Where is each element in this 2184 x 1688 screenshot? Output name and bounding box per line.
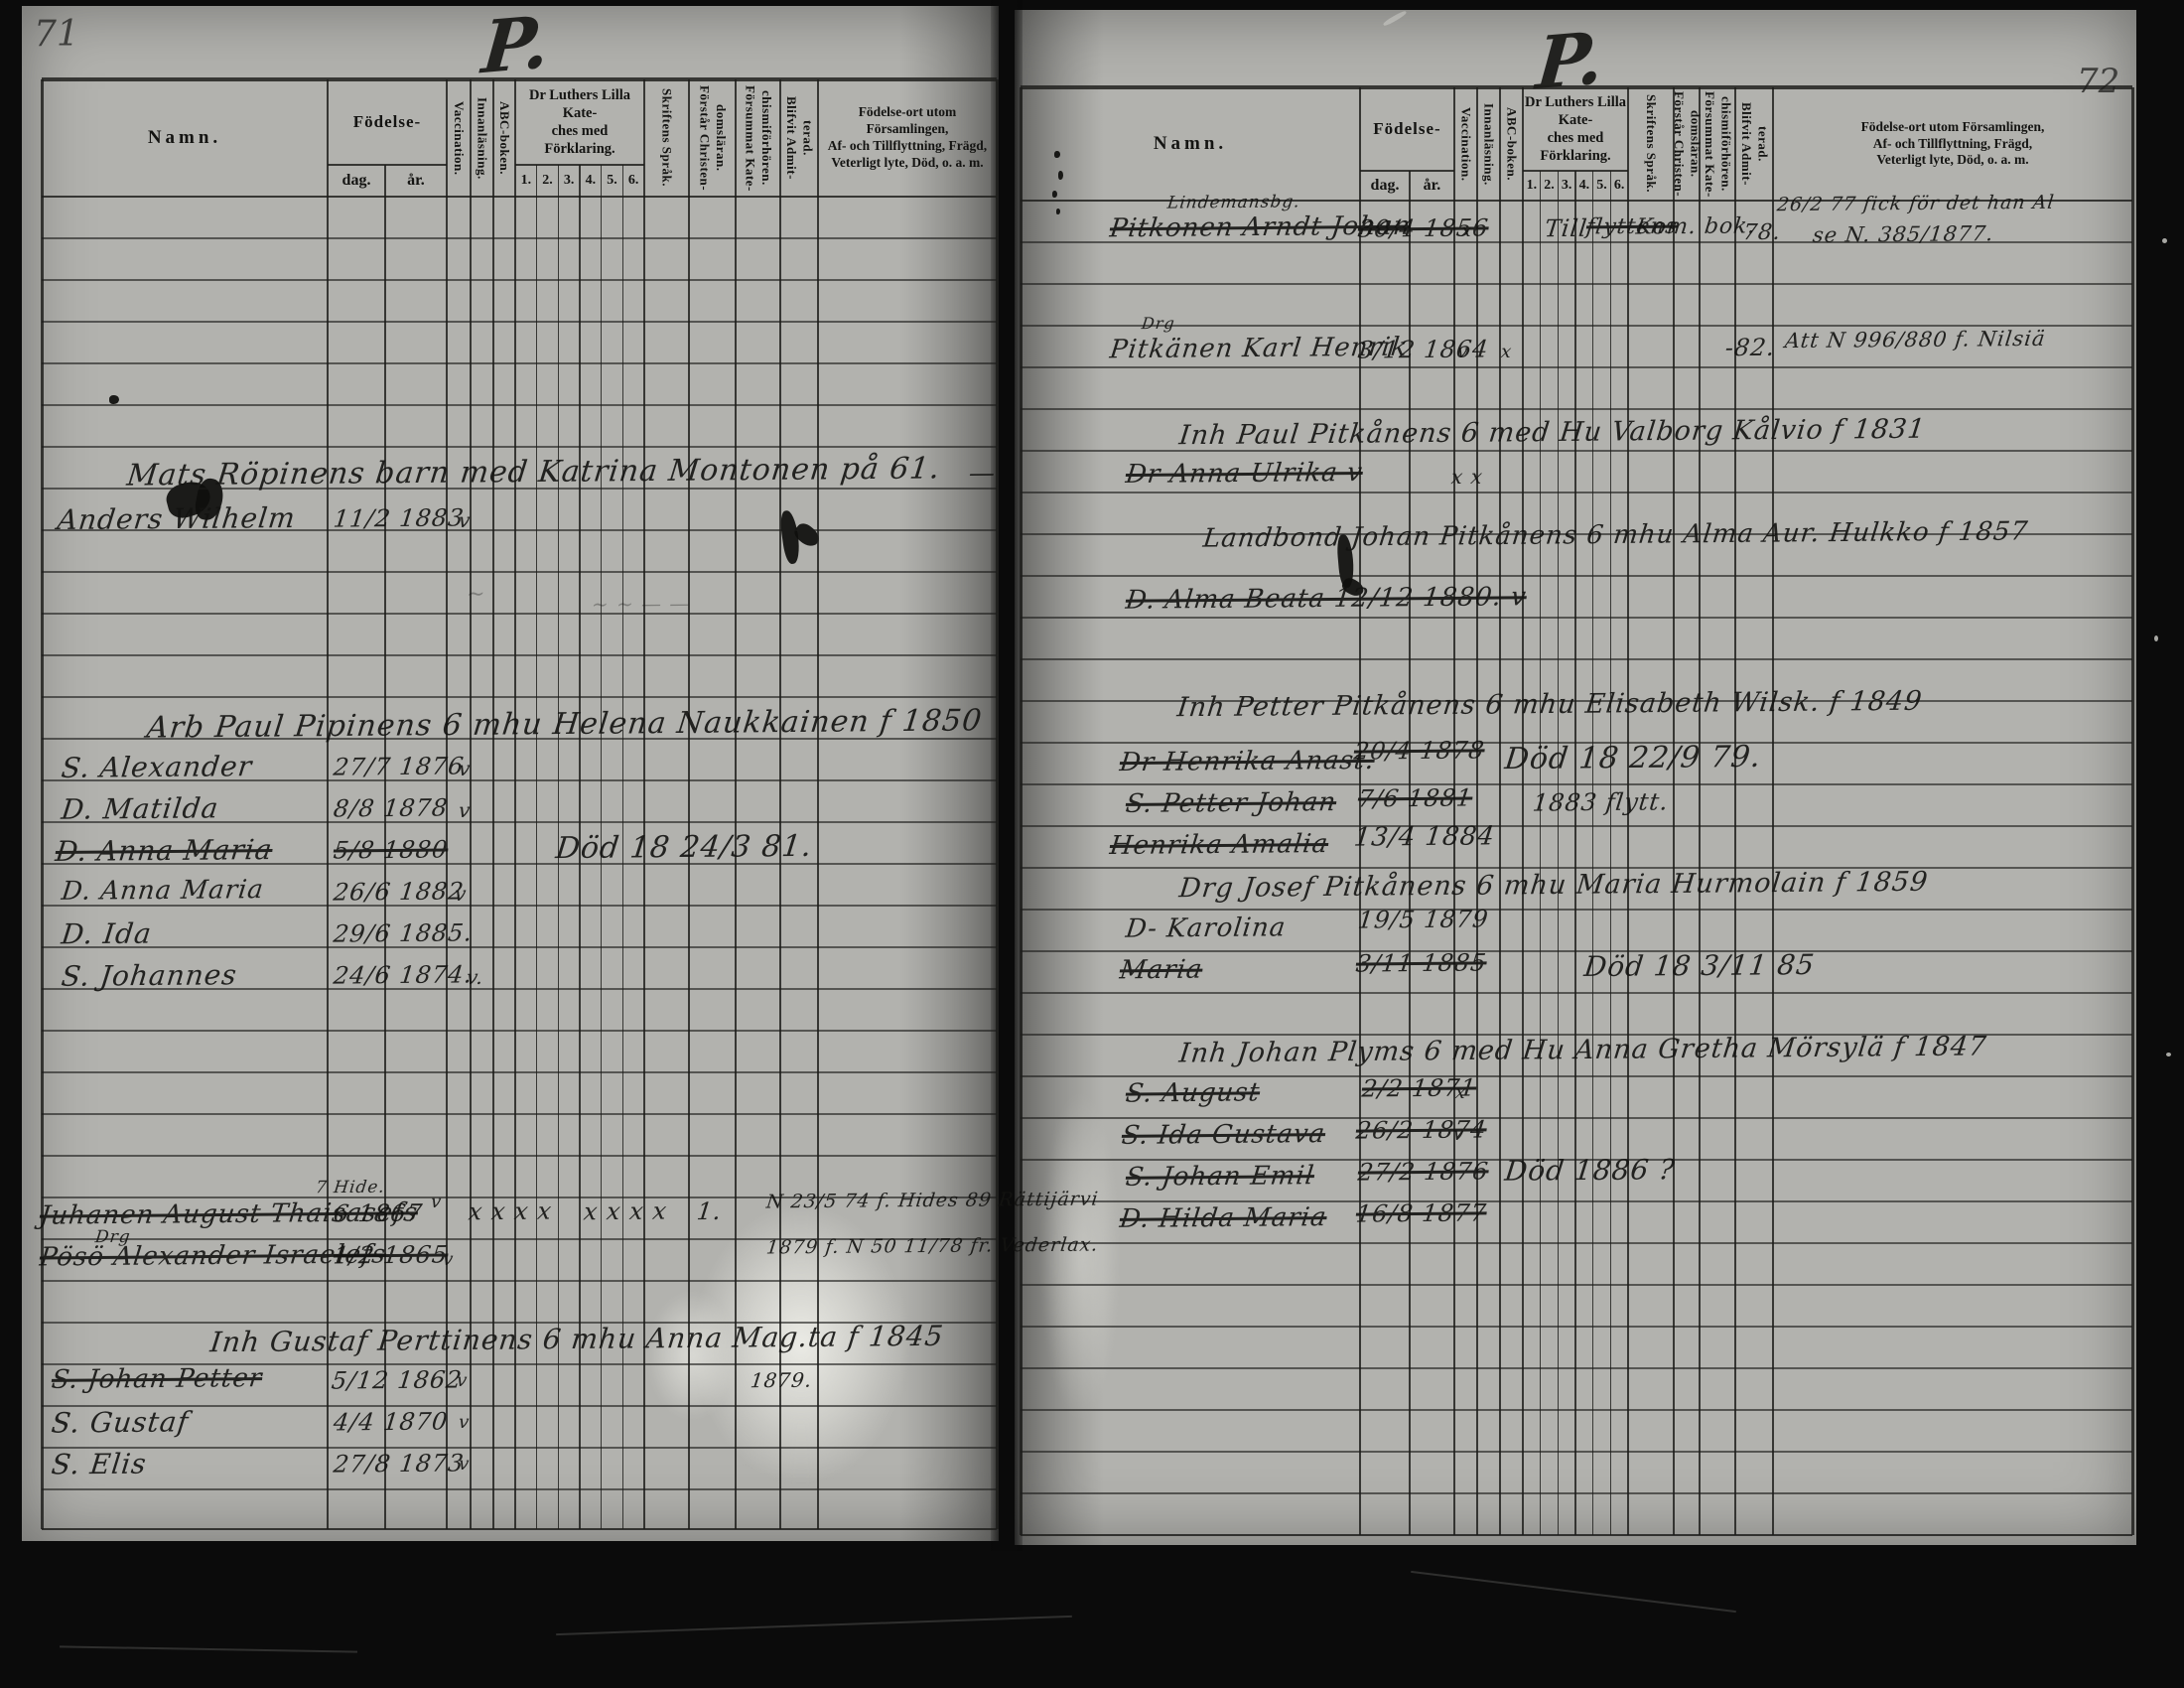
photo-scratch bbox=[60, 1645, 357, 1652]
row-line bbox=[1021, 325, 2132, 326]
register-entry: 3/12 1864 bbox=[1356, 335, 1490, 363]
photo-speck bbox=[2166, 1053, 2171, 1056]
register-entry: 11/2 1883 bbox=[332, 503, 466, 532]
column-line bbox=[1574, 171, 1575, 1535]
row-line bbox=[1021, 909, 2132, 910]
register-entry: x x bbox=[1450, 465, 1485, 489]
column-line bbox=[643, 79, 645, 1529]
column-header-kateches-2: 2. bbox=[537, 165, 559, 197]
photo-speck bbox=[2154, 635, 2158, 641]
row-line bbox=[42, 1280, 997, 1281]
column-header-forstar: Förstår Christen- domsläran. bbox=[689, 79, 736, 197]
column-header-kateches-1: 1. bbox=[515, 165, 537, 197]
register-entry: Död 1886 ? bbox=[1503, 1153, 1677, 1188]
register-entry: Anders Wilhelm bbox=[56, 501, 297, 536]
photo-scratch bbox=[556, 1616, 1072, 1635]
register-entry: 13/4 1884 bbox=[1352, 821, 1496, 852]
register-entry: S. Johan Petter bbox=[50, 1363, 264, 1395]
register-entry: Till bbox=[1543, 214, 1588, 242]
register-entry: 20/4 1878 bbox=[1352, 736, 1486, 765]
photo-scratch bbox=[1411, 1571, 1736, 1613]
column-line bbox=[1476, 87, 1478, 1535]
column-header-skriftens-sprak: Skriftens Språk. bbox=[1628, 87, 1674, 201]
register-entry: 19/5 1879 bbox=[1356, 905, 1490, 933]
row-line bbox=[42, 1113, 997, 1114]
register-entry: 26/6 1882 bbox=[332, 877, 466, 906]
row-line bbox=[1021, 1367, 2132, 1368]
row-line bbox=[1021, 492, 2132, 492]
column-header-blifvit: Blifvit Admit- terad. bbox=[1735, 87, 1773, 201]
column-header-kateches-5: 5. bbox=[1593, 171, 1611, 201]
column-header-kateches-5: 5. bbox=[602, 165, 623, 197]
row-line bbox=[1021, 1409, 2132, 1410]
column-line bbox=[1540, 171, 1541, 1535]
column-header-kateches-6: 6. bbox=[1610, 171, 1628, 201]
left-section-letter: P. bbox=[478, 0, 553, 89]
row-line bbox=[1021, 867, 2132, 868]
register-entry: Inh Petter Pitkånens 6 mhu Elisabeth Wil… bbox=[1175, 686, 1924, 724]
register-entry: S. Elis bbox=[50, 1448, 148, 1481]
table-bottom-border bbox=[42, 1528, 997, 1531]
table-bottom-border bbox=[1021, 1534, 2132, 1537]
row-line bbox=[42, 404, 997, 405]
column-header-namn: Namn. bbox=[42, 79, 328, 197]
column-line bbox=[779, 79, 781, 1529]
photo-speck bbox=[2162, 238, 2167, 243]
column-header-fodelse: Födelse- bbox=[328, 79, 447, 165]
register-entry: 27/2 1876 bbox=[1356, 1157, 1490, 1186]
column-header-fodelse: Födelse- bbox=[1360, 87, 1454, 171]
column-line bbox=[1409, 171, 1410, 1535]
column-header-kateches-3: 3. bbox=[1558, 171, 1575, 201]
register-entry: D. Anna Maria bbox=[60, 875, 265, 907]
column-header-forsummat: Försummat Kate- chismiförhören. bbox=[736, 79, 780, 197]
row-line bbox=[42, 571, 997, 572]
register-entry: 6 1867 bbox=[332, 1199, 424, 1228]
column-line bbox=[1734, 87, 1736, 1535]
column-header-dag: dag. bbox=[328, 165, 385, 197]
register-entry: 16/8 1877 bbox=[1354, 1198, 1488, 1227]
register-entry: 27/7 1876 bbox=[332, 752, 466, 780]
column-header-kateches-4: 4. bbox=[1575, 171, 1593, 201]
register-entry: Lindemansbg. bbox=[1166, 192, 1301, 212]
register-entry: ~ bbox=[466, 582, 487, 607]
row-line bbox=[1021, 783, 2132, 784]
register-entry: S. Gustaf bbox=[50, 1405, 191, 1439]
column-header-abc-boken: ABC-boken. bbox=[493, 79, 515, 197]
register-entry: -82. bbox=[1723, 334, 1776, 361]
column-line bbox=[1610, 171, 1611, 1535]
column-header-kateches: Dr Luthers Lilla Kate- ches med Förklari… bbox=[1523, 87, 1628, 171]
register-entry: S. Johan Emil bbox=[1124, 1161, 1315, 1193]
column-header-fodelseort: Födelse-ort utom Församlingen, Af- och T… bbox=[1773, 87, 2132, 201]
table-right-border bbox=[2131, 87, 2134, 1535]
row-line bbox=[1021, 1200, 2132, 1201]
column-header-forstar: Förstår Christen- domsläran. bbox=[1674, 87, 1700, 201]
register-entry: 1879. bbox=[750, 1368, 814, 1393]
register-entry: 8/8 1878 bbox=[332, 793, 450, 822]
register-entry: Henrika Amalia bbox=[1108, 829, 1330, 861]
row-line bbox=[1021, 408, 2132, 409]
register-entry: Död 18 3/11 85 bbox=[1582, 948, 1817, 983]
ink-speck bbox=[1056, 209, 1060, 214]
table-left-border bbox=[41, 79, 44, 1529]
register-entry: 27/8 1873 bbox=[332, 1449, 466, 1477]
column-header-kateches-6: 6. bbox=[622, 165, 644, 197]
register-entry: D. Alma Beata 12/12 1880. v bbox=[1124, 582, 1528, 616]
register-entry: Dr Henrika Anast. bbox=[1118, 746, 1376, 777]
row-line bbox=[42, 696, 997, 697]
photo-canvas: 71 72 P. P. Namn.Födelse-dag.år.Vaccinat… bbox=[0, 0, 2184, 1688]
row-line bbox=[1021, 992, 2132, 993]
register-entry: Arb Paul Pipinens 6 mhu Helena Naukkaine… bbox=[145, 703, 984, 745]
row-line bbox=[1021, 825, 2132, 826]
column-header-vaccination: Vaccination. bbox=[447, 79, 471, 197]
register-entry: Maria bbox=[1118, 955, 1204, 986]
row-line bbox=[1021, 366, 2132, 367]
row-line bbox=[42, 1071, 997, 1072]
row-line bbox=[42, 1447, 997, 1448]
column-header-kateches-1: 1. bbox=[1523, 171, 1541, 201]
register-entry: N 23/5 74 f. Hides 89 Rättijärvi bbox=[765, 1189, 1100, 1213]
register-entry: S. Johannes bbox=[60, 958, 239, 993]
row-line bbox=[1021, 658, 2132, 659]
register-entry: 26/2 1874 bbox=[1354, 1115, 1488, 1144]
column-header-vaccination: Vaccination. bbox=[1454, 87, 1477, 201]
row-line bbox=[1021, 283, 2132, 284]
column-header-fodelseort: Födelse-ort utom Församlingen, Af- och T… bbox=[818, 79, 997, 197]
left-page-number: 71 bbox=[34, 14, 79, 55]
row-line bbox=[42, 946, 997, 947]
register-entry: 7/6 1881 bbox=[1356, 783, 1474, 812]
register-entry: Drg Josef Pitkånens 6 mhu Maria Hurmolai… bbox=[1177, 867, 1930, 905]
register-entry: se N. 385/1877. bbox=[1812, 221, 1995, 247]
column-line bbox=[1499, 87, 1501, 1535]
register-entry: Inh Gustaf Perttinens 6 mhu Anna Mag.ta … bbox=[208, 1320, 945, 1358]
column-line bbox=[514, 79, 516, 1529]
column-header-blifvit: Blifvit Admit- terad. bbox=[780, 79, 818, 197]
register-entry: Drg bbox=[1141, 314, 1176, 333]
register-entry: 1/2 1865 bbox=[332, 1240, 450, 1269]
register-entry: x x x x bbox=[582, 1197, 668, 1226]
column-header-namn: Namn. bbox=[1021, 87, 1360, 201]
register-entry: S. Alexander bbox=[60, 750, 254, 784]
register-entry: S. August bbox=[1124, 1077, 1262, 1108]
column-line bbox=[1673, 87, 1675, 1535]
column-header-innanlasning: Innanläsning. bbox=[471, 79, 493, 197]
row-line bbox=[1021, 950, 2132, 951]
register-entry: 1883 flytt. bbox=[1531, 787, 1670, 816]
column-header-skriftens-sprak: Skriftens Språk. bbox=[644, 79, 689, 197]
register-entry: D. Anna Maria bbox=[54, 833, 274, 868]
register-entry: v. bbox=[466, 965, 485, 989]
register-entry: S. Petter Johan bbox=[1124, 787, 1338, 819]
row-line bbox=[1021, 1451, 2132, 1452]
register-entry: D. Hilda Maria bbox=[1118, 1202, 1328, 1234]
row-line bbox=[42, 613, 997, 614]
register-entry: 1. bbox=[695, 1197, 723, 1225]
row-line bbox=[1021, 1492, 2132, 1493]
column-header-kateches: Dr Luthers Lilla Kate- ches med Förklari… bbox=[515, 79, 644, 165]
register-entry: ~ ~ — — bbox=[591, 592, 692, 617]
column-line bbox=[1699, 87, 1701, 1535]
row-line bbox=[42, 1030, 997, 1031]
column-line bbox=[1522, 87, 1524, 1535]
register-entry: 26/2 77 fick för det han Al bbox=[1776, 192, 2056, 215]
row-line bbox=[42, 237, 997, 238]
table-right-border bbox=[996, 79, 999, 1529]
column-line bbox=[688, 79, 690, 1529]
column-line bbox=[1772, 87, 1774, 1535]
row-line bbox=[1021, 1117, 2132, 1118]
row-line bbox=[42, 654, 997, 655]
register-entry: Kom. bok. bbox=[1635, 213, 1757, 239]
row-line bbox=[42, 446, 997, 447]
row-line bbox=[1021, 575, 2132, 576]
register-entry: 7 Hide. bbox=[315, 1178, 386, 1198]
column-header-ar: år. bbox=[385, 165, 447, 197]
register-entry: x x x x bbox=[467, 1197, 553, 1226]
row-line bbox=[1021, 1326, 2132, 1327]
register-entry: Död 18 22/9 79. bbox=[1503, 740, 1763, 776]
register-entry: Att N 996/880 f. Nilsiä bbox=[1784, 327, 2047, 352]
column-line bbox=[817, 79, 819, 1529]
row-line bbox=[1021, 1242, 2132, 1243]
row-line bbox=[1021, 1284, 2132, 1285]
register-entry: 4/4 1870 bbox=[332, 1407, 450, 1436]
column-line bbox=[492, 79, 494, 1529]
register-entry: 5/12 1862 bbox=[330, 1365, 464, 1394]
row-line bbox=[1021, 617, 2132, 618]
register-entry: D- Karolina bbox=[1124, 913, 1288, 943]
column-header-kateches-3: 3. bbox=[558, 165, 580, 197]
register-entry: 1879 f. N 50 11/78 fr. Vederlax. bbox=[765, 1234, 1100, 1259]
row-line bbox=[42, 362, 997, 363]
table-left-border bbox=[1020, 87, 1023, 1535]
row-line bbox=[42, 1488, 997, 1489]
column-line bbox=[327, 79, 329, 1529]
row-line bbox=[42, 321, 997, 322]
register-entry: S. Ida Gustava bbox=[1120, 1119, 1327, 1151]
column-line bbox=[735, 79, 737, 1529]
row-line bbox=[42, 279, 997, 280]
row-line bbox=[42, 1155, 997, 1156]
column-header-dag: dag. bbox=[1360, 171, 1410, 201]
register-entry: — bbox=[967, 459, 997, 489]
register-entry: Död 18 24/3 81. bbox=[554, 829, 814, 866]
register-entry: D. Ida bbox=[60, 917, 154, 951]
column-line bbox=[1592, 171, 1593, 1535]
row-line bbox=[1021, 1075, 2132, 1076]
column-header-kateches-2: 2. bbox=[1541, 171, 1559, 201]
column-header-abc-boken: ABC-boken. bbox=[1500, 87, 1523, 201]
column-header-ar: år. bbox=[1410, 171, 1454, 201]
column-line bbox=[1558, 171, 1559, 1535]
register-entry: 3/11 1885 bbox=[1354, 948, 1488, 977]
register-entry: Mats Röpinens barn med Katrina Montonen … bbox=[125, 451, 942, 492]
register-entry: D. Matilda bbox=[60, 791, 220, 825]
column-header-forsummat: Försummat Kate- chismiförhören. bbox=[1700, 87, 1735, 201]
register-entry: 78. bbox=[1742, 220, 1783, 245]
register-entry: 5/8 1880 bbox=[332, 835, 450, 864]
register-entry: 29/6 1885. bbox=[332, 918, 474, 947]
column-header-innanlasning: Innanläsning. bbox=[1477, 87, 1500, 201]
register-entry: Inh Paul Pitkånens 6 med Hu Valborg Kålv… bbox=[1177, 414, 1927, 452]
register-entry: Dr Anna Ulrika v bbox=[1124, 458, 1364, 490]
register-entry: 24/6 1874. bbox=[332, 960, 474, 989]
column-header-kateches-4: 4. bbox=[580, 165, 602, 197]
